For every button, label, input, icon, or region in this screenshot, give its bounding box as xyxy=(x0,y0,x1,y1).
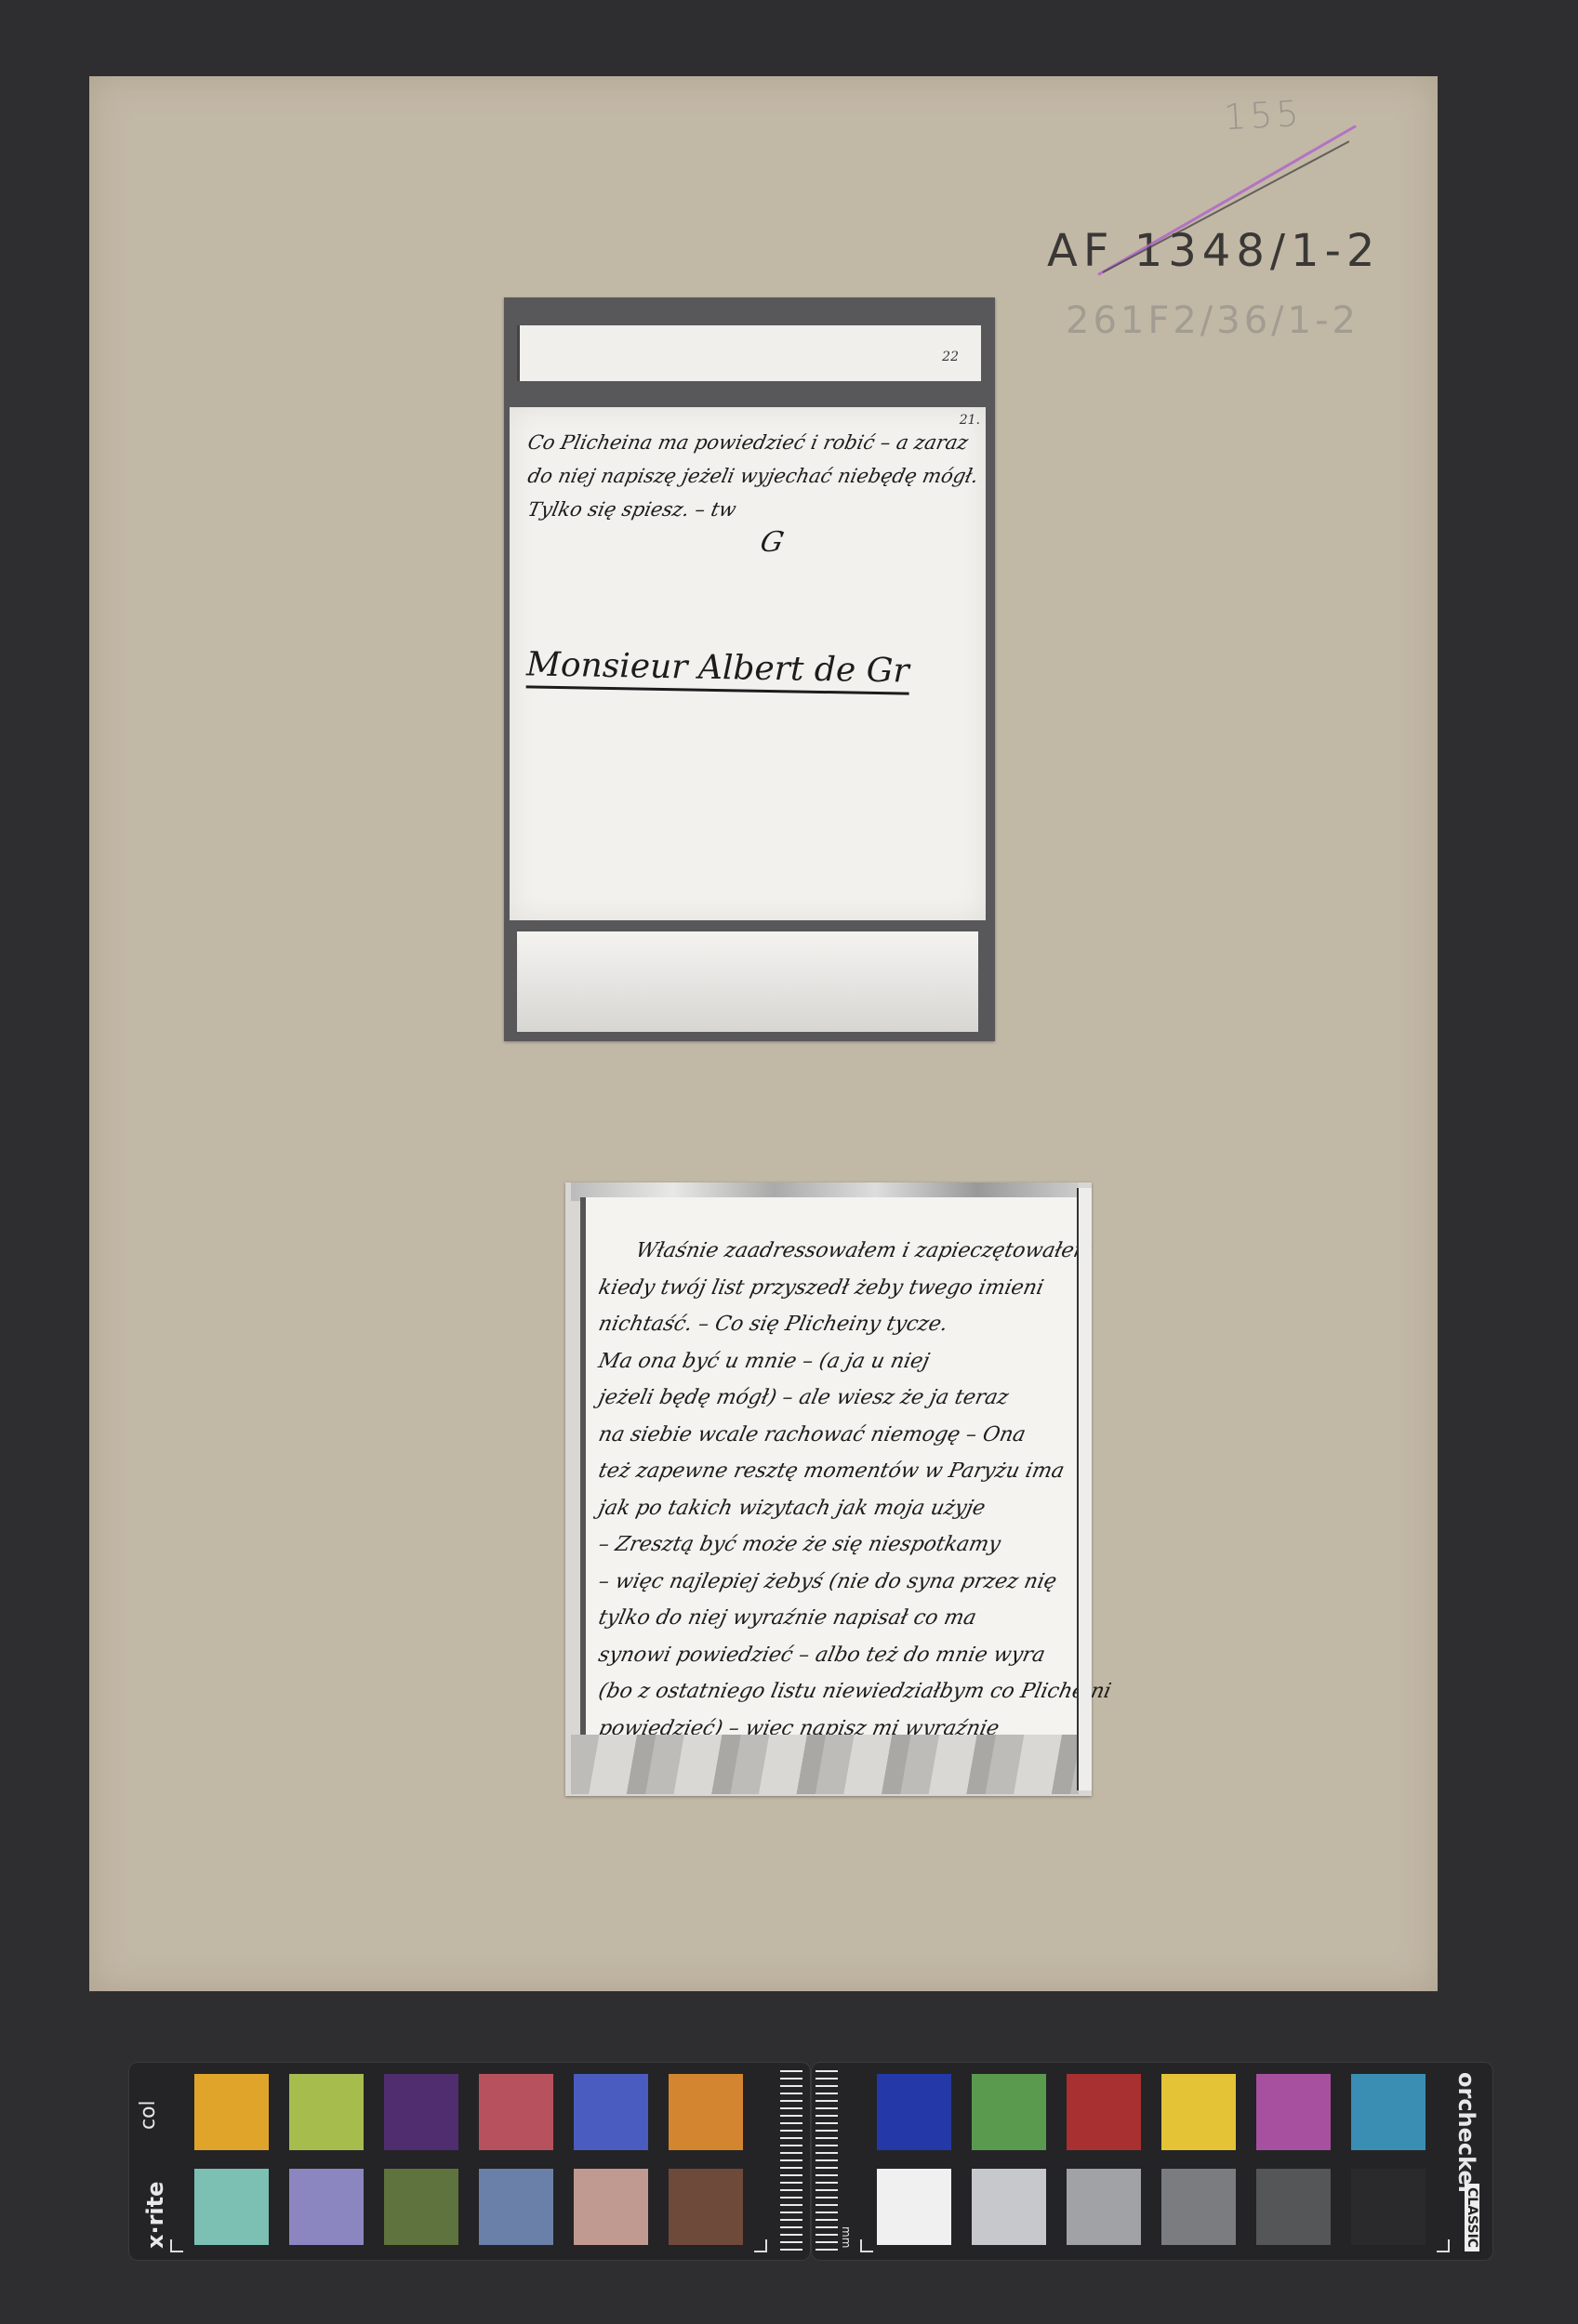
right-paper-edge xyxy=(1077,1188,1092,1790)
shelfmark-old: 261F2/36/1-2 xyxy=(1066,299,1359,342)
text-line: do niej napiszę jeżeli wyjechać niebędę … xyxy=(524,459,982,493)
text-line: nichtaść. – Co się Plicheiny tycze. xyxy=(595,1306,1115,1343)
letter-page: Właśnie zaadressowałem i zapieczętowałem… xyxy=(580,1197,1077,1735)
color-patch xyxy=(574,2074,648,2150)
text-line: Tylko się spiesz. – tw xyxy=(524,493,982,526)
handwritten-text: Właśnie zaadressowałem i zapieczętowałem… xyxy=(599,1233,1110,1784)
archive-sheet: 155 AF 1348/1-2 261F2/36/1-2 22 21. Co P… xyxy=(89,76,1438,1991)
shelfmark-current: AF 1348/1-2 xyxy=(1047,225,1380,277)
color-patch xyxy=(877,2074,951,2150)
corner-mark xyxy=(1437,2239,1450,2252)
text-line: na siebie wcale rachować niemogę – Ona xyxy=(595,1417,1115,1454)
color-patch xyxy=(1067,2074,1141,2150)
color-patch xyxy=(194,2169,269,2245)
color-patch xyxy=(972,2169,1046,2245)
text-line: Co Plicheina ma powiedzieć i robić – a z… xyxy=(524,426,982,459)
folded-bottom-strip xyxy=(517,930,978,1032)
color-patch xyxy=(669,2074,743,2150)
color-patch xyxy=(194,2074,269,2150)
color-patch xyxy=(289,2169,364,2245)
address-line: Monsieur Albert de Gr xyxy=(526,645,909,694)
colorchecker-label: orchecker xyxy=(1453,2072,1479,2197)
color-patch xyxy=(669,2169,743,2245)
checker-label-col: col xyxy=(137,2100,160,2130)
text-line: tylko do niej wyraźnie napisał co ma xyxy=(595,1600,1115,1637)
color-patch xyxy=(972,2074,1046,2150)
photo-letter-page: Właśnie zaadressowałem i zapieczętowałem… xyxy=(565,1182,1092,1796)
classic-badge: CLASSIC xyxy=(1465,2184,1479,2251)
text-line: – Zresztą być może że się niespotkamy xyxy=(595,1526,1115,1564)
photo-letter-page-21: 22 21. Co Plicheina ma powiedzieć i robi… xyxy=(504,297,995,1041)
color-patch xyxy=(479,2074,553,2150)
color-patch xyxy=(1351,2074,1426,2150)
crumpled-bottom-edge xyxy=(571,1735,1079,1794)
color-patch xyxy=(877,2169,951,2245)
mm-ruler xyxy=(780,2067,802,2252)
color-patch xyxy=(1067,2169,1141,2245)
text-line: synowi powiedzieć – albo też do mnie wyr… xyxy=(595,1637,1115,1674)
front-page: 21. Co Plicheina ma powiedzieć i robić –… xyxy=(510,407,986,920)
color-patch xyxy=(1161,2169,1236,2245)
color-checker-left: col x·rite xyxy=(128,2062,811,2261)
initials: G xyxy=(524,526,982,560)
text-line: też zapewne resztę momentów w Paryżu ima xyxy=(595,1453,1115,1490)
color-patch xyxy=(384,2169,458,2245)
color-patch xyxy=(1256,2074,1331,2150)
ruler-unit-label: mm xyxy=(840,2226,853,2248)
color-patch xyxy=(1351,2169,1426,2245)
text-line: – więc najlepiej żebyś (nie do syna prze… xyxy=(595,1564,1115,1601)
color-patch xyxy=(289,2074,364,2150)
text-line: Ma ona być u mnie – (a ja u niej xyxy=(595,1343,1115,1380)
folio-number: 155 xyxy=(1223,93,1304,138)
text-line: jeżeli będę mógł) – ale wiesz że ja tera… xyxy=(595,1380,1115,1417)
color-patch xyxy=(1161,2074,1236,2150)
text-line: Właśnie zaadressowałem i zapieczętowałem xyxy=(595,1233,1115,1270)
text-line: (bo z ostatniego listu niewiedziałbym co… xyxy=(595,1673,1115,1710)
color-patch xyxy=(384,2074,458,2150)
text-line: kiedy twój list przyszedł żeby twego imi… xyxy=(595,1270,1115,1307)
color-checker-right: mm orchecker CLASSIC xyxy=(811,2062,1493,2261)
color-patch xyxy=(574,2169,648,2245)
back-page: 22 xyxy=(517,325,981,381)
xrite-logo: x·rite xyxy=(142,2182,168,2249)
corner-mark xyxy=(754,2239,767,2252)
text-line: jak po takich wizytach jak moja użyje xyxy=(595,1490,1115,1527)
mm-ruler xyxy=(816,2067,838,2252)
color-patch xyxy=(1256,2169,1331,2245)
corner-mark xyxy=(860,2239,873,2252)
color-patch xyxy=(479,2169,553,2245)
handwritten-text: Co Plicheina ma powiedzieć i robić – a z… xyxy=(528,426,978,560)
page-number-22: 22 xyxy=(942,350,959,364)
corner-mark xyxy=(170,2239,183,2252)
